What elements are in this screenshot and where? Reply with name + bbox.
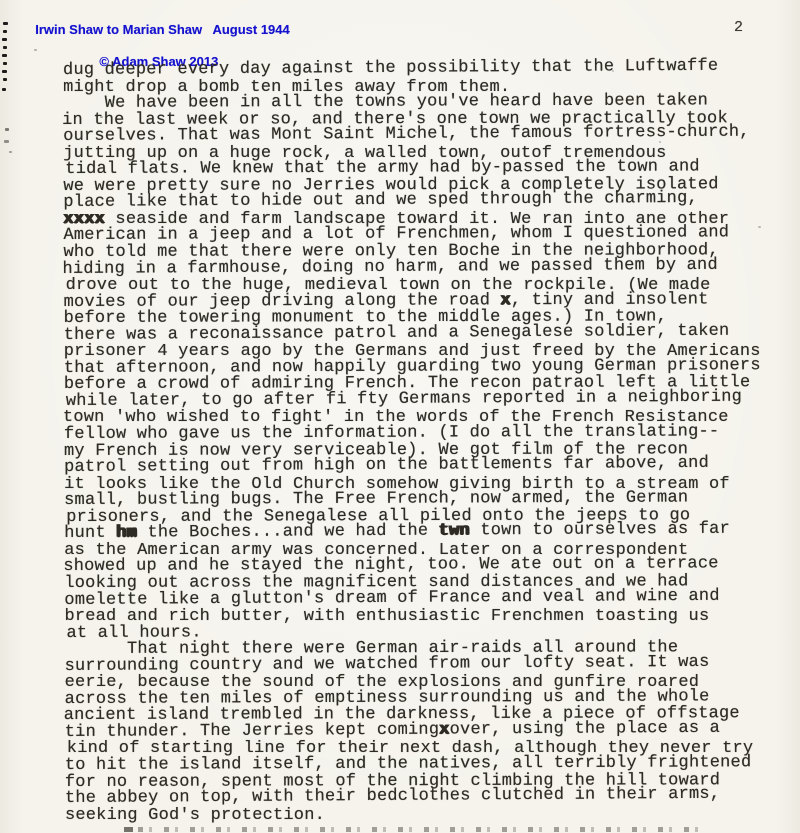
overstruck-text: twn <box>439 522 470 541</box>
scan-artifact <box>3 62 7 65</box>
cutoff-quote-mark <box>124 827 133 832</box>
typed-line: ourselves. That was Mont Saint Michel, t… <box>63 125 775 146</box>
typed-line: at all hours. <box>66 623 776 642</box>
typed-line: movies of our jeep driving along the roa… <box>64 292 776 311</box>
overstruck-text: x <box>439 720 450 739</box>
scan-artifact <box>9 151 12 153</box>
typed-line: tidal flats. We knew that the army had b… <box>65 159 775 178</box>
scan-artifact <box>3 22 8 25</box>
typed-line: patrol setting out from high on the batt… <box>64 456 776 477</box>
typed-line: small, bustling bugs. The Free French, n… <box>64 490 776 509</box>
scan-artifact <box>2 38 7 41</box>
scan-artifact <box>5 128 9 131</box>
scan-artifact <box>2 70 7 73</box>
overstruck-text: x <box>500 291 510 310</box>
typed-line: the abbey on top, with their bedclothes … <box>65 786 777 807</box>
typed-line: place like that to hide out and we sped … <box>63 191 775 212</box>
typed-line: across the ten miles of emptiness surrou… <box>65 689 777 708</box>
typed-line: showed up and he stayed the night, too. … <box>63 557 776 576</box>
typed-line: fellow who gave us the information. (I d… <box>64 424 776 443</box>
document-page: { "header": { "title": "Irwin Shaw to Ma… <box>0 0 800 833</box>
scan-artifact <box>3 46 7 49</box>
scan-artifact <box>3 30 7 33</box>
header-title: Irwin Shaw to Marian Shaw August 1944 <box>35 22 290 37</box>
scan-artifact <box>2 54 7 57</box>
typed-line: omelette like a glutton's dream of Franc… <box>64 588 776 609</box>
typed-line: that afternoon, and now happily guarding… <box>64 358 776 377</box>
typed-line: hunt hm the Boches...and we had the twn … <box>64 522 776 543</box>
scan-artifact <box>3 78 7 81</box>
typed-lines: dug deeper every day against the possibi… <box>63 61 777 824</box>
page-number: 2 <box>734 19 743 36</box>
typed-line: seeking God's protection. <box>65 807 777 824</box>
scan-artifact <box>4 140 9 143</box>
cutoff-line-fragment <box>138 827 698 832</box>
typed-line: dug deeper every day against the possibi… <box>63 58 775 79</box>
scan-artifact <box>2 88 6 91</box>
typed-line: American in a jeep and a lot of Frenchme… <box>63 226 775 245</box>
typed-line: to hit the island itself, and the native… <box>65 755 777 774</box>
typed-line: We have been in all the towns you've hea… <box>63 93 775 112</box>
